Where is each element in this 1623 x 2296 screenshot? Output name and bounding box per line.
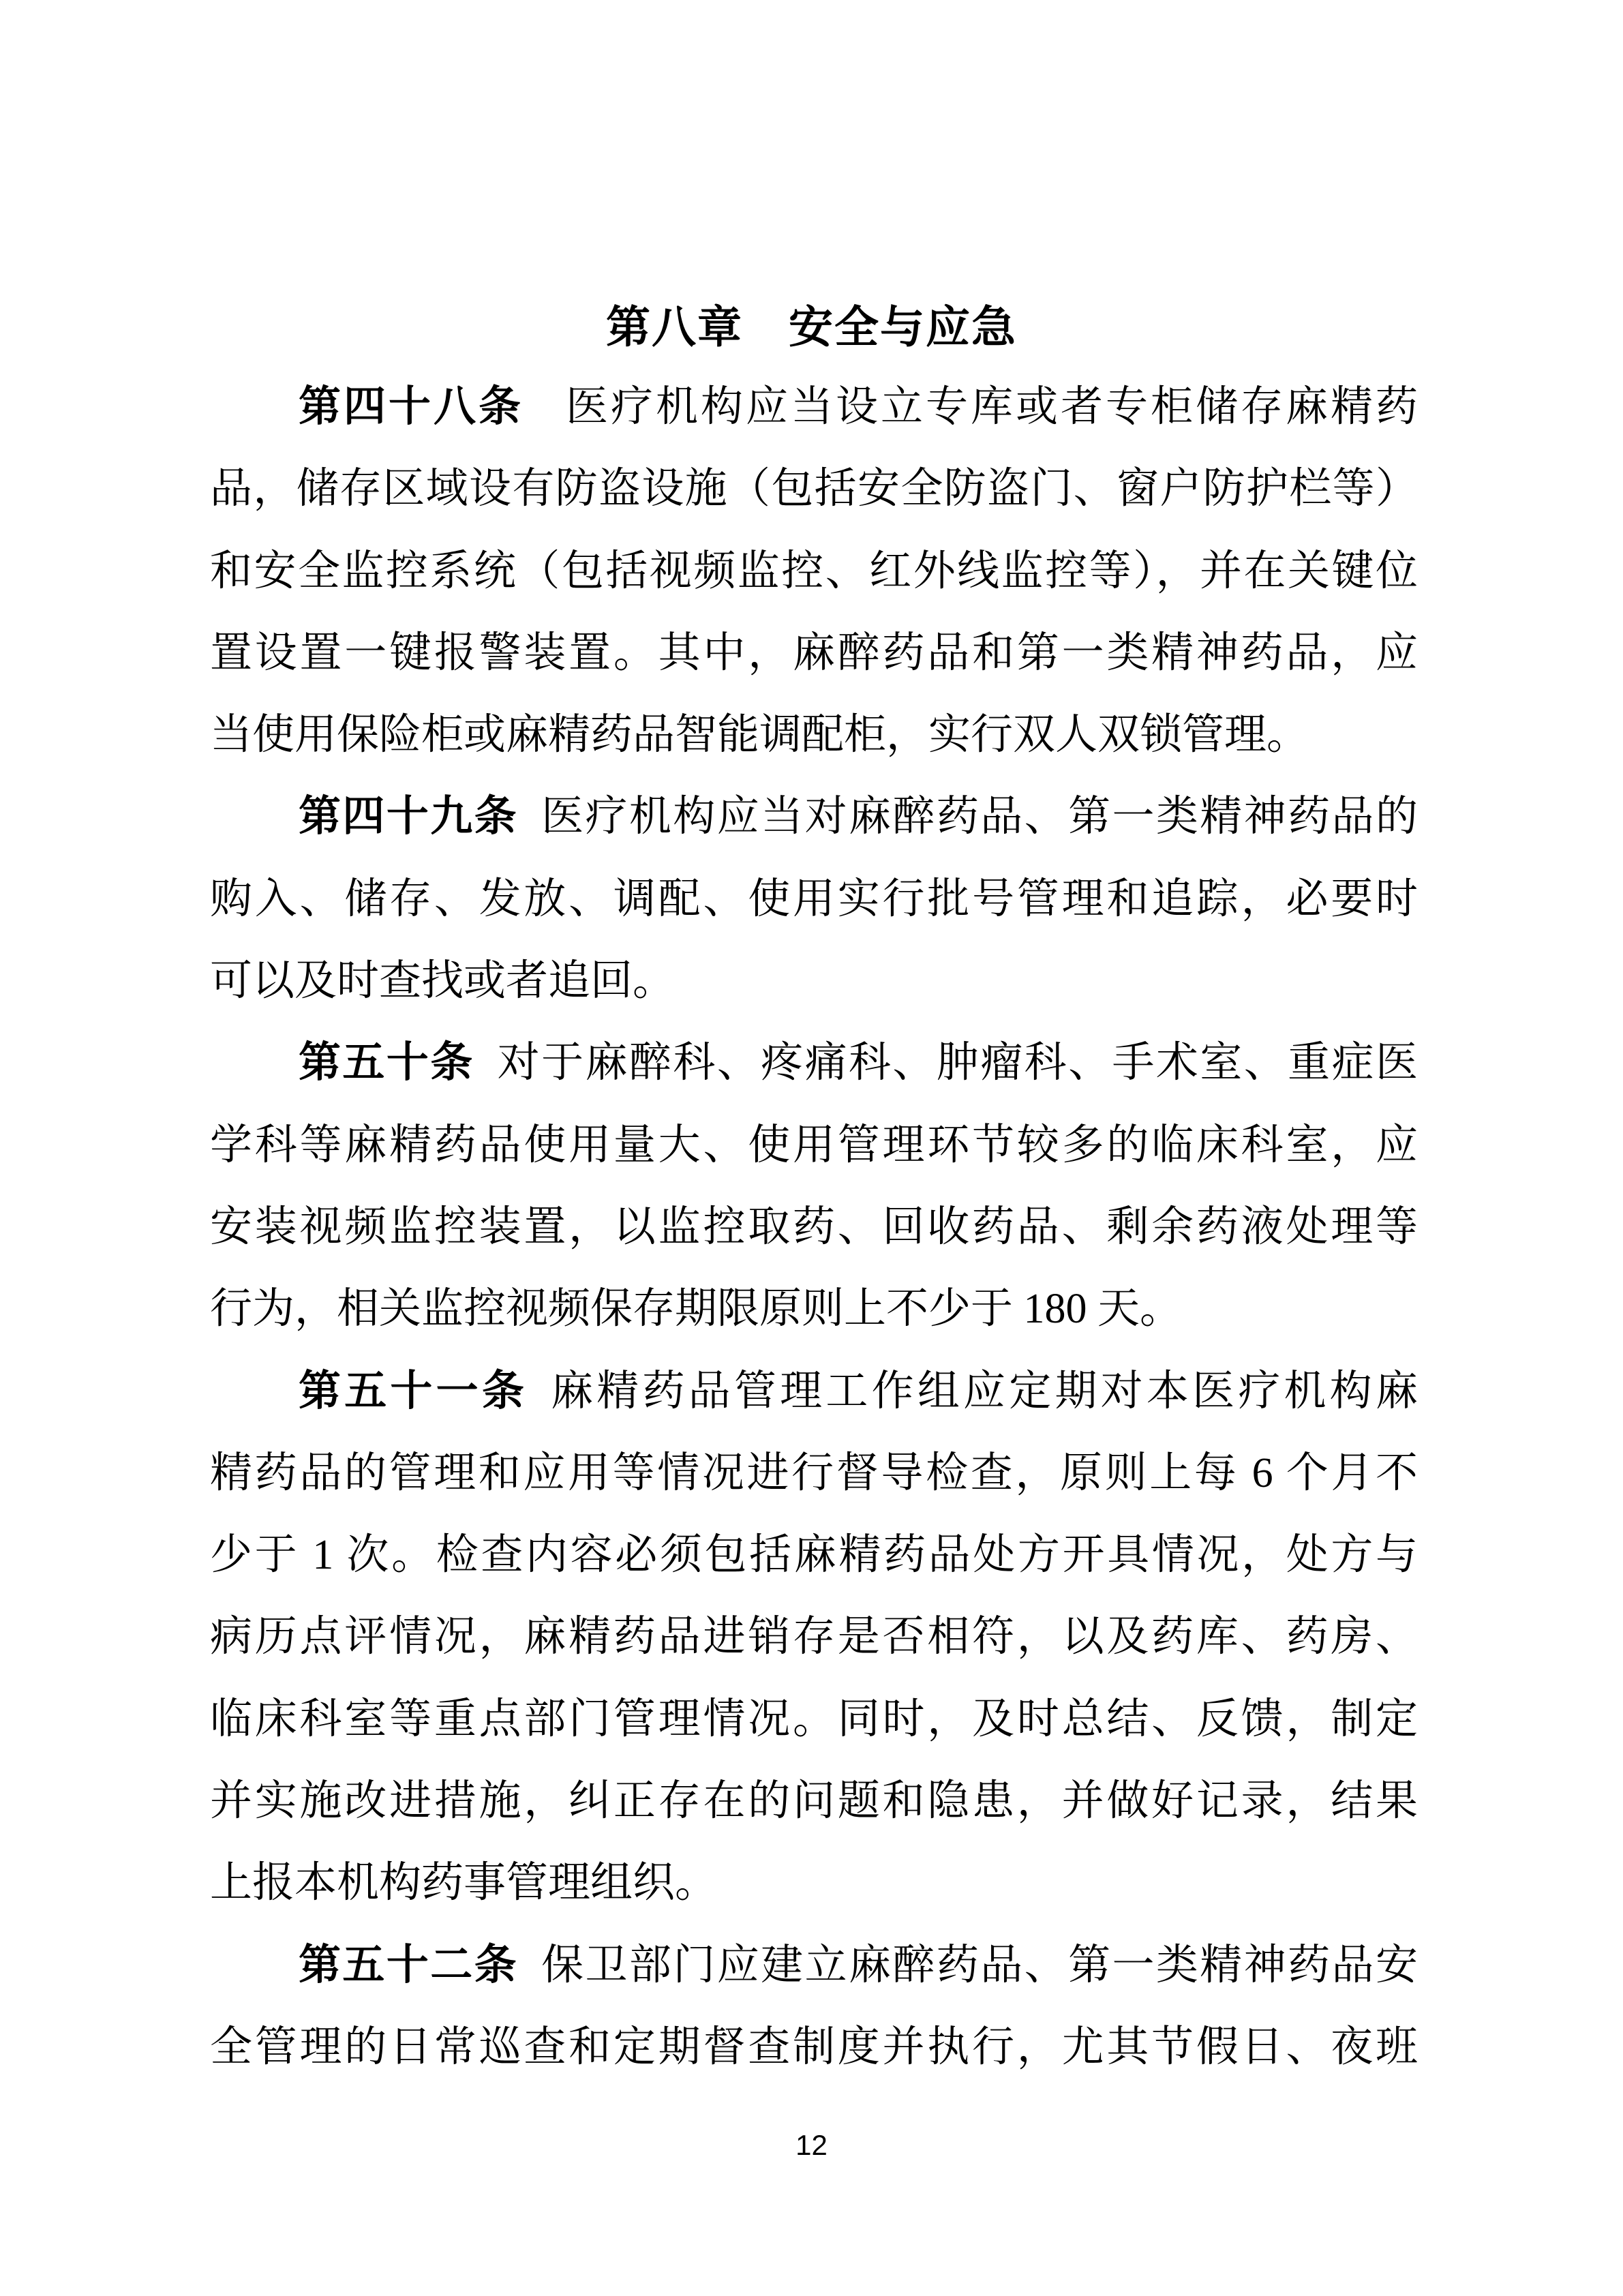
article-50-text-start: 对于麻醉科、疼痛科、肿瘤科、手术室、重症医	[498, 1040, 1418, 1086]
article-51-number: 第五十一条	[299, 1368, 528, 1415]
article-52-line-2: 全管理的日常巡查和定期督查制度并执行，尤其节假日、夜班	[210, 2006, 1418, 2088]
article-51-line-2: 精药品的管理和应用等情况进行督导检查，原则上每 6 个月不	[210, 1432, 1418, 1514]
chapter-title: 第八章 安全与应急	[0, 303, 1623, 352]
article-52-number: 第五十二条	[299, 1942, 518, 1989]
article-50-line-1: 第五十条对于麻醉科、疼痛科、肿瘤科、手术室、重症医	[210, 1022, 1418, 1104]
article-48-line-5: 当使用保险柜或麻精药品智能调配柜，实行双人双锁管理。	[210, 694, 1418, 776]
article-50-line-3: 安装视频监控装置，以监控取药、回收药品、剩余药液处理等	[210, 1186, 1418, 1268]
article-50-line-2: 学科等麻精药品使用量大、使用管理环节较多的临床科室，应	[210, 1104, 1418, 1186]
article-51-line-7: 上报本机构药事管理组织。	[210, 1842, 1418, 1924]
article-51-line-5: 临床科室等重点部门管理情况。同时，及时总结、反馈，制定	[210, 1678, 1418, 1760]
article-49-line-2: 购入、储存、发放、调配、使用实行批号管理和追踪，必要时	[210, 858, 1418, 940]
article-48-line-3: 和安全监控系统（包括视频监控、红外线监控等），并在关键位	[210, 530, 1418, 612]
document-body: 第四十八条医疗机构应当设立专库或者专柜储存麻精药 品，储存区域设有防盗设施（包括…	[210, 366, 1418, 2088]
article-50-number: 第五十条	[299, 1040, 474, 1086]
article-52-text-start: 保卫部门应建立麻醉药品、第一类精神药品安	[541, 1942, 1418, 1989]
article-48-line-1: 第四十八条医疗机构应当设立专库或者专柜储存麻精药	[210, 366, 1418, 448]
article-49-text-start: 医疗机构应当对麻醉药品、第一类精神药品的	[541, 794, 1418, 840]
article-49-line-1: 第四十九条医疗机构应当对麻醉药品、第一类精神药品的	[210, 776, 1418, 858]
article-49-line-3: 可以及时查找或者追回。	[210, 940, 1418, 1022]
article-48-number: 第四十八条	[299, 384, 524, 430]
document-page: 第八章 安全与应急 第四十八条医疗机构应当设立专库或者专柜储存麻精药 品，储存区…	[0, 0, 1623, 2296]
article-48-line-2: 品，储存区域设有防盗设施（包括安全防盗门、窗户防护栏等）	[210, 448, 1418, 530]
article-51-line-6: 并实施改进措施，纠正存在的问题和隐患，并做好记录，结果	[210, 1760, 1418, 1842]
article-49-number: 第四十九条	[299, 794, 518, 840]
article-51-line-4: 病历点评情况，麻精药品进销存是否相符，以及药库、药房、	[210, 1596, 1418, 1678]
article-48-text-start: 医疗机构应当设立专库或者专柜储存麻精药	[566, 384, 1418, 430]
article-50-line-4: 行为，相关监控视频保存期限原则上不少于 180 天。	[210, 1268, 1418, 1350]
article-52-line-1: 第五十二条保卫部门应建立麻醉药品、第一类精神药品安	[210, 1924, 1418, 2006]
article-48-line-4: 置设置一键报警装置。其中，麻醉药品和第一类精神药品，应	[210, 612, 1418, 694]
article-51-line-1: 第五十一条麻精药品管理工作组应定期对本医疗机构麻	[210, 1350, 1418, 1432]
article-51-line-3: 少于 1 次。检查内容必须包括麻精药品处方开具情况，处方与	[210, 1514, 1418, 1596]
article-51-text-start: 麻精药品管理工作组应定期对本医疗机构麻	[551, 1368, 1418, 1415]
page-number: 12	[0, 2128, 1623, 2162]
